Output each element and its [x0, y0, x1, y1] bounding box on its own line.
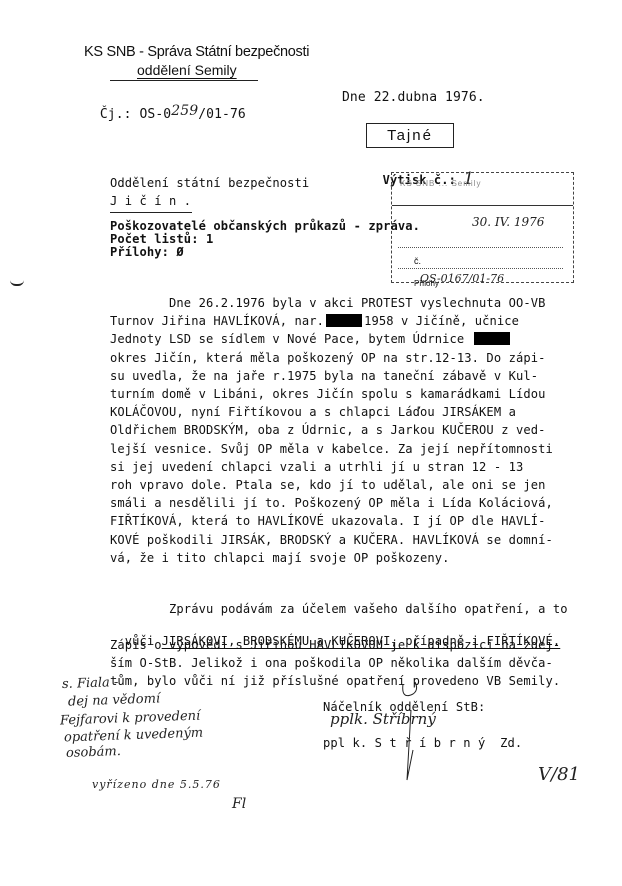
reference-number: Čj.: OS-0259/01-76	[84, 88, 246, 122]
ref-suffix: /01-76	[198, 107, 246, 122]
margin-mark	[10, 280, 24, 286]
body-p1-line: Jednoty LSD se sídlem v Nové Pace, bytem…	[110, 332, 512, 346]
body-text: vá, že i tito chlapci mají svoje OP pošk…	[110, 551, 450, 565]
body-p1-line: roh vpravo dole. Ptala se, kdo jí to udě…	[110, 478, 545, 492]
registry-number-row: č. OS-0167/01-76	[398, 233, 563, 248]
redaction-bar	[326, 314, 362, 327]
note-initials: Fl	[232, 796, 246, 812]
body-text: FIŘTÍKOVÁ, která to HAVLÍKOVÉ ukazovala.…	[110, 514, 545, 528]
margin-note-line: opatření k uvedeným	[64, 726, 204, 746]
body-p2-line-3: Zápis o výpovědi s Jiřinou HAVLÍKOVOU je…	[110, 638, 560, 652]
body-text: 1958 v Jičíně, učnice	[364, 314, 519, 328]
registry-divider	[392, 205, 573, 206]
addressee-office: Oddělení státní bezpečnosti	[110, 176, 309, 190]
subject-attachments: Přílohy: Ø	[110, 245, 184, 259]
ref-handwritten: 259	[171, 103, 198, 119]
subject-title: Poškozovatelé občanských průkazů - zpráv…	[110, 219, 420, 233]
body-p2-line-1: Zprávu podávám za účelem vašeho dalšího …	[110, 602, 568, 616]
page-marker: V/81	[538, 764, 580, 785]
body-p1-line: Dne 26.2.1976 byla v akci PROTEST vyslec…	[110, 296, 545, 310]
addressee-rule	[110, 212, 192, 213]
body-p1-line: lejší vesnice. Svůj OP měla v kabelce. Z…	[110, 442, 553, 456]
body-p1-line: KOVÉ poškodili JIRSÁK, BRODSKÝ a KUČERA.…	[110, 533, 553, 547]
body-p1-line: smáli a nesdělili jí to. Poškozený OP mě…	[110, 496, 553, 510]
redaction-bar	[474, 332, 510, 345]
body-text: Jednoty LSD se sídlem v Nové Pace, bytem…	[110, 332, 472, 346]
header-rule	[110, 80, 258, 81]
body-p2-line-5: tům, bylo vůči ní již příslušné opatření…	[110, 674, 560, 688]
body-p1-line: KOLÁČOVOU, nyní Fiřtíkovou a s chlapci L…	[110, 405, 516, 419]
margin-note-line: osobám.	[66, 744, 121, 761]
classification-stamp: Tajné	[366, 123, 454, 148]
registry-stamp-header: KS SNB ... Semily	[400, 179, 481, 188]
org-name: KS SNB - Správa Státní bezpečnosti	[84, 44, 309, 60]
body-p1-line: Turnov Jiřina HAVLÍKOVÁ, nar.1958 v Jičí…	[110, 314, 519, 328]
body-p1-line: okres Jičín, která měla poškozený OP na …	[110, 351, 545, 365]
body-text: roh vpravo dole. Ptala se, kdo jí to udě…	[110, 478, 545, 492]
ref-prefix: Čj.: OS-0	[100, 107, 171, 122]
body-p1-line: su uvedla, že na jaře r.1975 byla na tan…	[110, 369, 538, 383]
body-p1-line: turním domě v Libáni, okres Jičín spolu …	[110, 387, 545, 401]
org-department: oddělení Semily	[137, 62, 237, 78]
body-text: KOVÉ poškodili JIRSÁK, BRODSKÝ a KUČERA.…	[110, 533, 553, 547]
document-date: Dne 22.dubna 1976.	[342, 90, 485, 105]
subject-pages: Počet listů: 1	[110, 232, 213, 246]
body-text: lejší vesnice. Svůj OP měla v kabelce. Z…	[110, 442, 553, 456]
body-p1-line: si jej uvedení chlapci vzali a utrhli jí…	[110, 460, 523, 474]
body-text: smáli a nesdělili jí to. Poškozený OP mě…	[110, 496, 553, 510]
body-text: su uvedla, že na jaře r.1975 byla na tan…	[110, 369, 538, 383]
note-date: vyřízeno dne 5.5.76	[92, 778, 221, 791]
body-p2-line-4: ším O-StB. Jelikož i ona poškodila OP ně…	[110, 656, 553, 670]
body-text: okres Jičín, která měla poškozený OP na …	[110, 351, 545, 365]
body-text: Turnov Jiřina HAVLÍKOVÁ, nar.	[110, 314, 324, 328]
body-text: KOLÁČOVOU, nyní Fiřtíkovou a s chlapci L…	[110, 405, 516, 419]
body-p1-line: vá, že i tito chlapci mají svoje OP pošk…	[110, 551, 450, 565]
addressee-city: J i č í n .	[110, 194, 191, 208]
body-p1-line: Oldřichem BRODSKÝM, oba z Údrnic, a s Ja…	[110, 423, 545, 437]
body-text: Dne 26.2.1976 byla v akci PROTEST vyslec…	[110, 296, 545, 310]
signature-stroke	[395, 680, 435, 790]
classification-label: Tajné	[367, 124, 453, 147]
body-text: turním domě v Libáni, okres Jičín spolu …	[110, 387, 545, 401]
registry-attachments-row: Přílohy	[398, 255, 563, 269]
margin-note-line: s. Fiala -	[62, 675, 119, 692]
registry-date: 30. IV. 1976	[472, 215, 544, 229]
registry-attachments-label: Přílohy	[414, 279, 439, 288]
body-text: si jej uvedení chlapci vzali a utrhli jí…	[110, 460, 523, 474]
margin-note-line: dej na vědomí	[68, 691, 161, 709]
body-text: Oldřichem BRODSKÝM, oba z Údrnic, a s Ja…	[110, 423, 545, 437]
body-p1-line: FIŘTÍKOVÁ, která to HAVLÍKOVÉ ukazovala.…	[110, 514, 545, 528]
